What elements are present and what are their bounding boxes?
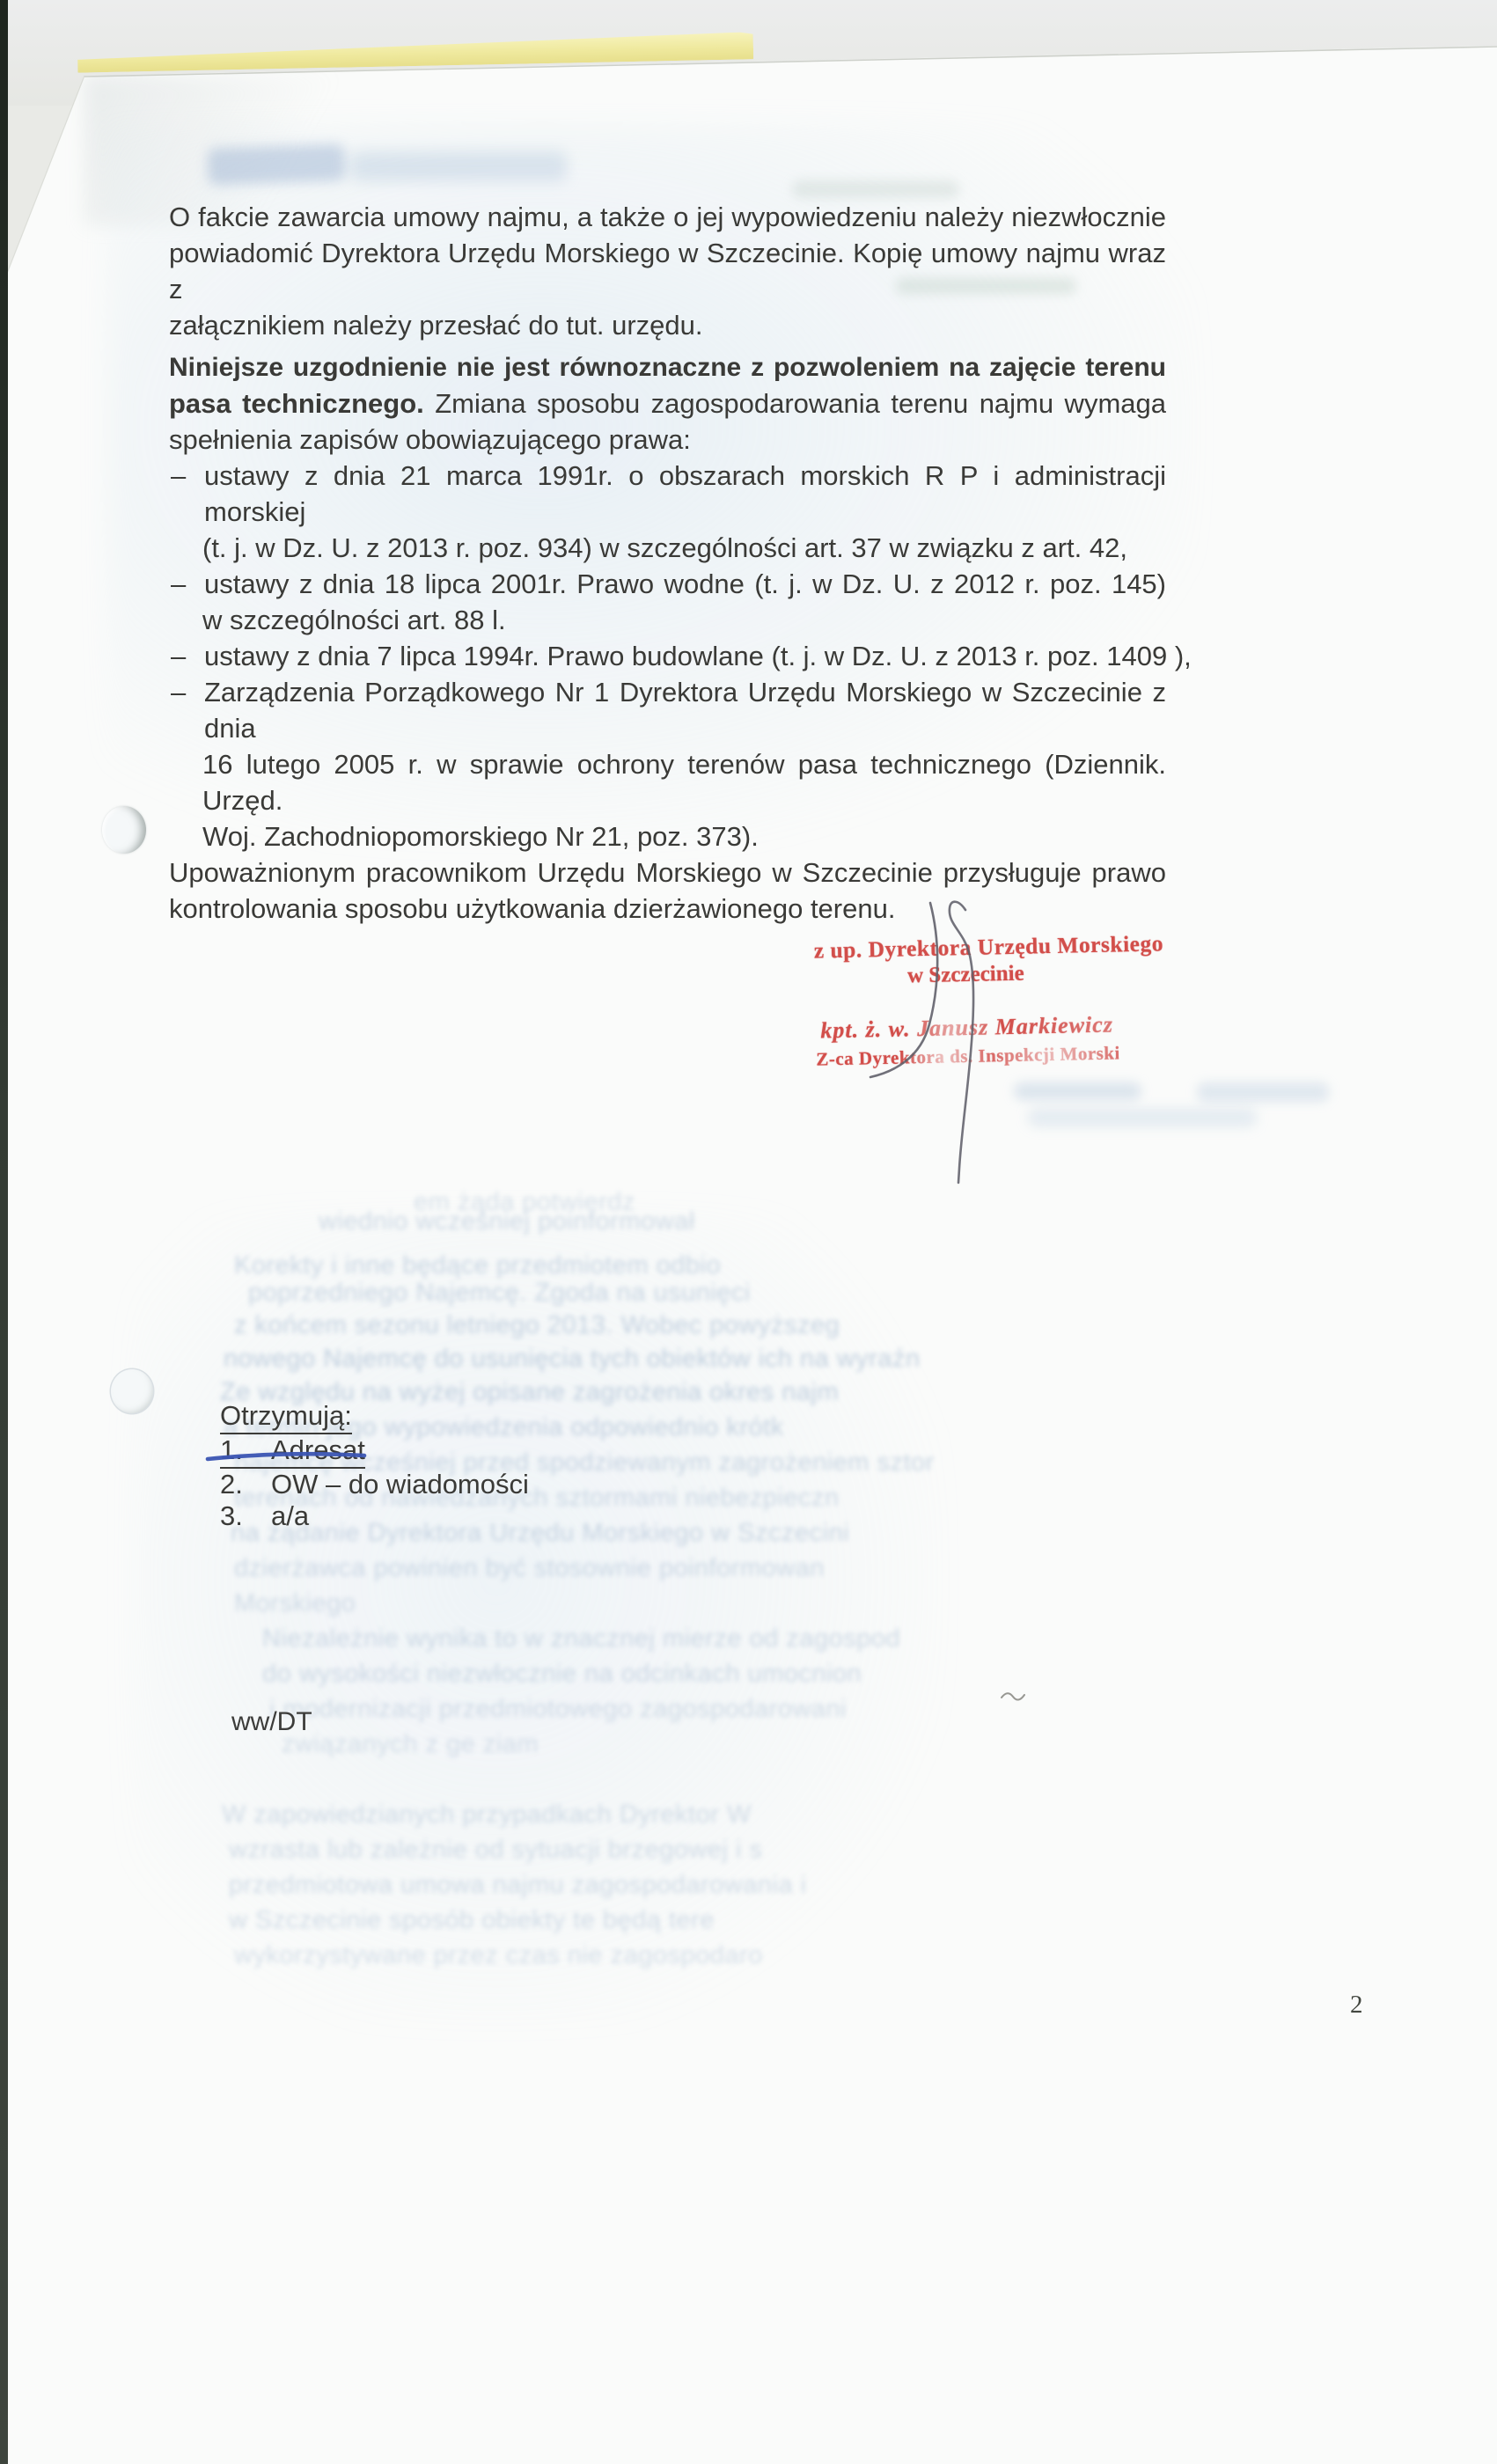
list-item: – ustawy z dnia 7 lipca 1994r. Prawo bud… — [169, 638, 1166, 674]
bleed-through-text-line: W zapowiedzianych przypadkach Dyrektor W — [222, 1800, 752, 1830]
dash-bullet: – — [169, 674, 204, 746]
list-item-line: w szczególności art. 88 l. — [169, 602, 1166, 638]
official-red-stamp: z up. Dyrektora Urzędu Morskiego w Szcze… — [813, 931, 1119, 1070]
list-item-line: ustawy z dnia 21 marca 1991r. o obszarac… — [204, 458, 1166, 530]
dash-bullet: – — [169, 638, 204, 674]
bleed-through-text-line: dzierżawca powinien być stosownie poinfo… — [234, 1554, 825, 1583]
bleed-through-text-line: poprzedniego Najemcę. Zgoda na usunięci — [248, 1279, 751, 1308]
bleed-through-text-line: związanych z ge ziam — [282, 1730, 539, 1759]
bleed-through-text-line: Korekty i inne będące przedmiotem odbio — [234, 1251, 721, 1280]
ink-smudge — [207, 143, 345, 185]
binder-edge — [0, 0, 8, 2464]
stamp-line: z up. Dyrektora Urzędu Morskiego — [813, 931, 1117, 964]
list-item-line: (t. j. w Dz. U. z 2013 r. poz. 934) w sz… — [169, 530, 1166, 566]
item-number: 3. — [220, 1500, 271, 1532]
paragraph-line: kontrolowania sposobu użytkowania dzierż… — [169, 891, 1166, 927]
bleed-through-text-line: wiednio wcześniej poinformował — [319, 1207, 695, 1236]
text-run: Zmiana sposobu zagospodarowania terenu n… — [435, 388, 1166, 419]
paragraph-line: O fakcie zawarcia umowy najmu, a także o… — [169, 199, 1166, 235]
list-item-line: Woj. Zachodniopomorskiego Nr 21, poz. 37… — [169, 818, 1166, 854]
punch-hole — [111, 1369, 153, 1413]
ink-smudge — [350, 151, 567, 181]
stamp-line: w Szczecinie — [814, 959, 1118, 990]
bleed-through-text-line: wykorzystywane przez czas nie zagospodar… — [234, 1941, 763, 1970]
bleed-through-text-line: nowego Najemcę do usunięcia tych obiektó… — [224, 1345, 921, 1374]
document-page: em żąda potwierdzwiednio wcześniej poinf… — [0, 0, 1497, 2464]
pen-squiggle — [1002, 1693, 1024, 1699]
bleed-through-text-line: z końcem sezonu letniego 2013. Wobec pow… — [234, 1311, 840, 1340]
paragraph-line: załącznikiem należy przesłać do tut. urz… — [169, 307, 1166, 343]
punch-hole — [102, 806, 146, 854]
paragraph-line: pasa technicznego. Zmiana sposobu zagosp… — [169, 385, 1166, 422]
clerk-initials: ww/DT — [231, 1707, 312, 1737]
distribution-list: Otrzymują: 1.Adresat 2.OW – do wiadomośc… — [220, 1400, 529, 1532]
distribution-item: 3.a/a — [220, 1500, 529, 1532]
list-item: – ustawy z dnia 18 lipca 2001r. Prawo wo… — [169, 566, 1166, 602]
paragraph-gap — [169, 343, 1166, 349]
distribution-item: 1.Adresat — [220, 1434, 529, 1469]
ink-smudge — [1028, 1109, 1257, 1126]
ink-smudge — [792, 180, 959, 198]
list-item-line: Zarządzenia Porządkowego Nr 1 Dyrektora … — [204, 674, 1166, 746]
item-label: OW – do wiadomości — [271, 1469, 529, 1500]
bleed-through-text-line: Morskiego — [234, 1589, 356, 1618]
list-item: – Zarządzenia Porządkowego Nr 1 Dyrektor… — [169, 674, 1166, 746]
stamp-signer-name: kpt. ż. w. Janusz Markiewicz — [815, 1011, 1119, 1044]
bold-run: pasa technicznego. — [169, 388, 424, 419]
bleed-through-text-line: do wysokości niezwłocznie na odcinkach u… — [262, 1660, 862, 1689]
ink-smudge — [1197, 1082, 1329, 1102]
ink-smudge — [1014, 1082, 1141, 1100]
dash-bullet: – — [169, 458, 204, 530]
item-number: 1. — [220, 1434, 271, 1466]
distribution-heading: Otrzymują: — [220, 1400, 352, 1434]
paragraph-line: powiadomić Dyrektora Urzędu Morskiego w … — [169, 235, 1166, 307]
list-item: – ustawy z dnia 21 marca 1991r. o obszar… — [169, 458, 1166, 530]
bleed-through-text-line: przedmiotowa umowa najmu zagospodarowani… — [229, 1871, 807, 1900]
item-number: 2. — [220, 1469, 271, 1500]
scanned-document: em żąda potwierdzwiednio wcześniej poinf… — [0, 0, 1497, 2464]
list-item-line: ustawy z dnia 7 lipca 1994r. Prawo budow… — [204, 638, 1166, 674]
list-item-line: ustawy z dnia 18 lipca 2001r. Prawo wodn… — [204, 566, 1166, 602]
bleed-through-text-line: w Szczecinie sposób obiekty te będą tere — [229, 1906, 715, 1935]
bleed-through-text-line: wzrasta lub zależnie od sytuacji brzegow… — [229, 1836, 763, 1865]
stamp-signer-title: Z-ca Dyrektora ds. Inspekcji Morskiej — [816, 1042, 1119, 1070]
bleed-through-text-line: Niezależnie wynika to w znacznej mierze … — [262, 1624, 900, 1654]
paragraph-line-bold: Niniejsze uzgodnienie nie jest równoznac… — [169, 349, 1166, 385]
paragraph-line: Upoważnionym pracownikom Urzędu Morskieg… — [169, 854, 1166, 891]
list-item-line: 16 lutego 2005 r. w sprawie ochrony tere… — [169, 746, 1166, 818]
item-label: a/a — [271, 1500, 309, 1531]
paragraph-line: spełnienia zapisów obowiązującego prawa: — [169, 422, 1166, 458]
item-label: Adresat — [271, 1434, 365, 1466]
page-number: 2 — [1350, 1991, 1363, 2020]
dash-bullet: – — [169, 566, 204, 602]
letter-body: O fakcie zawarcia umowy najmu, a także o… — [169, 199, 1166, 927]
bleed-through-text-line: i modernizacji przedmiotowego zagospodar… — [269, 1695, 847, 1724]
distribution-item: 2.OW – do wiadomości — [220, 1469, 529, 1500]
